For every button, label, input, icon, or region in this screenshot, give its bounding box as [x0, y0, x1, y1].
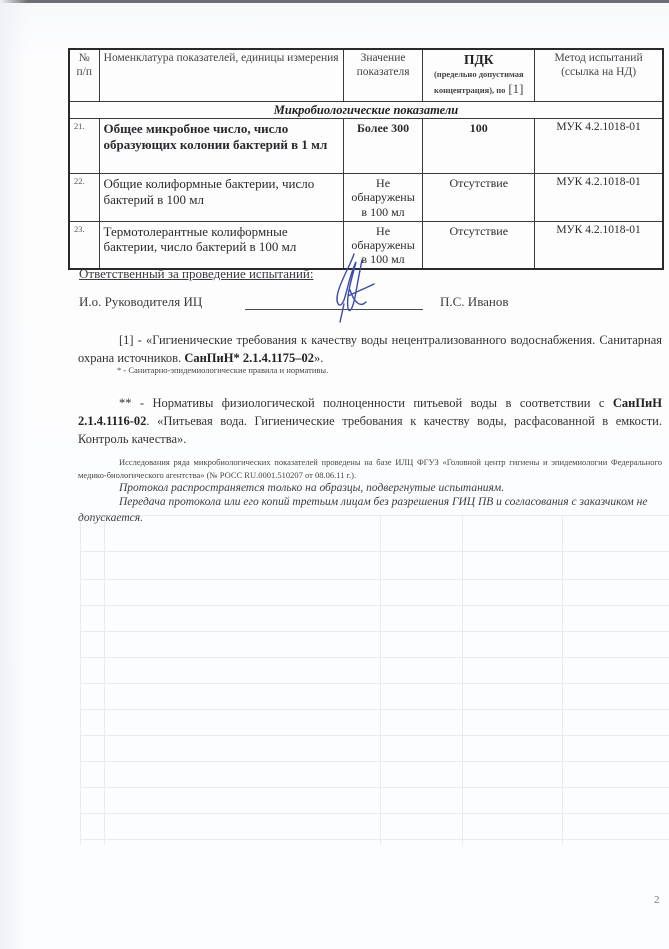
footnote-2: ** - Нормативы физиологической полноценн…: [78, 394, 662, 448]
scan-top-edge: [0, 0, 669, 3]
page-number: 2: [654, 894, 660, 906]
signature-icon: [320, 252, 390, 324]
row-pdk: 100: [423, 119, 535, 174]
results-table: № п/п Номенклатура показателей, единицы …: [68, 48, 664, 270]
header-value: Значение показателя: [343, 49, 423, 101]
lab-note: Исследования ряда микробиологических пок…: [78, 456, 662, 482]
row-pdk: Отсутствие: [423, 174, 535, 221]
scan-left-shadow: [0, 0, 28, 949]
row-num: 21.: [69, 119, 99, 174]
footnote-2-text: ** - Нормативы физиологической полноценн…: [119, 396, 613, 410]
document-page: № п/п Номенклатура показателей, единицы …: [0, 0, 669, 949]
row-method: МУК 4.2.1018-01: [535, 174, 663, 221]
row-name: Общее микробное число, число образующих …: [99, 119, 343, 174]
header-pdk: ПДК (предельно допустимая концентрация),…: [423, 49, 535, 101]
footnote-1-standard: СанПиН* 2.1.4.1175–02: [184, 351, 314, 365]
pdk-title: ПДК: [427, 52, 530, 68]
row-pdk: Отсутствие: [423, 221, 535, 269]
row-method: МУК 4.2.1018-01: [535, 221, 663, 269]
row-method: МУК 4.2.1018-01: [535, 119, 663, 174]
table-row: 21. Общее микробное число, число образую…: [69, 119, 663, 174]
footnote-2-suffix: . «Питьевая вода. Гигиенические требован…: [78, 414, 662, 446]
row-value: Не обнаружены в 100 мл: [343, 174, 423, 221]
protocol-scope-note: Протокол распространяется только на обра…: [119, 482, 504, 494]
row-name: Термотолерантные колиформные бактерии, ч…: [99, 221, 343, 269]
protocol-transfer-note: Передача протокола или его копий третьим…: [78, 495, 662, 526]
section-row: Микробиологические показатели: [69, 101, 663, 119]
footnote-1: [1] - «Гигиенические требования к качест…: [78, 331, 662, 367]
row-num: 22.: [69, 174, 99, 221]
responsible-label: Ответственный за проведение испытаний:: [79, 266, 313, 282]
signer-name: П.С. Иванов: [440, 294, 509, 310]
header-method: Метод испытаний (ссылка на НД): [535, 49, 663, 101]
header-num: № п/п: [69, 49, 99, 101]
pdk-reference: [1]: [508, 81, 523, 96]
table-header-row: № п/п Номенклатура показателей, единицы …: [69, 49, 663, 101]
row-value: Более 300: [343, 119, 423, 174]
footnote-1-suffix: ».: [314, 351, 323, 365]
section-title: Микробиологические показатели: [69, 101, 663, 119]
header-name: Номенклатура показателей, единицы измере…: [99, 49, 343, 101]
table-row: 22. Общие колиформные бактерии, число ба…: [69, 174, 663, 221]
row-name: Общие колиформные бактерии, число бактер…: [99, 174, 343, 221]
row-num: 23.: [69, 221, 99, 269]
footnote-1-note: * - Санитарно-эпидемиологические правила…: [117, 365, 328, 375]
footnote-1-text: [1] - «Гигиенические требования к качест…: [78, 333, 662, 365]
signer-role: И.о. Руководителя ИЦ: [79, 294, 202, 310]
bleed-through-table: [80, 515, 669, 845]
